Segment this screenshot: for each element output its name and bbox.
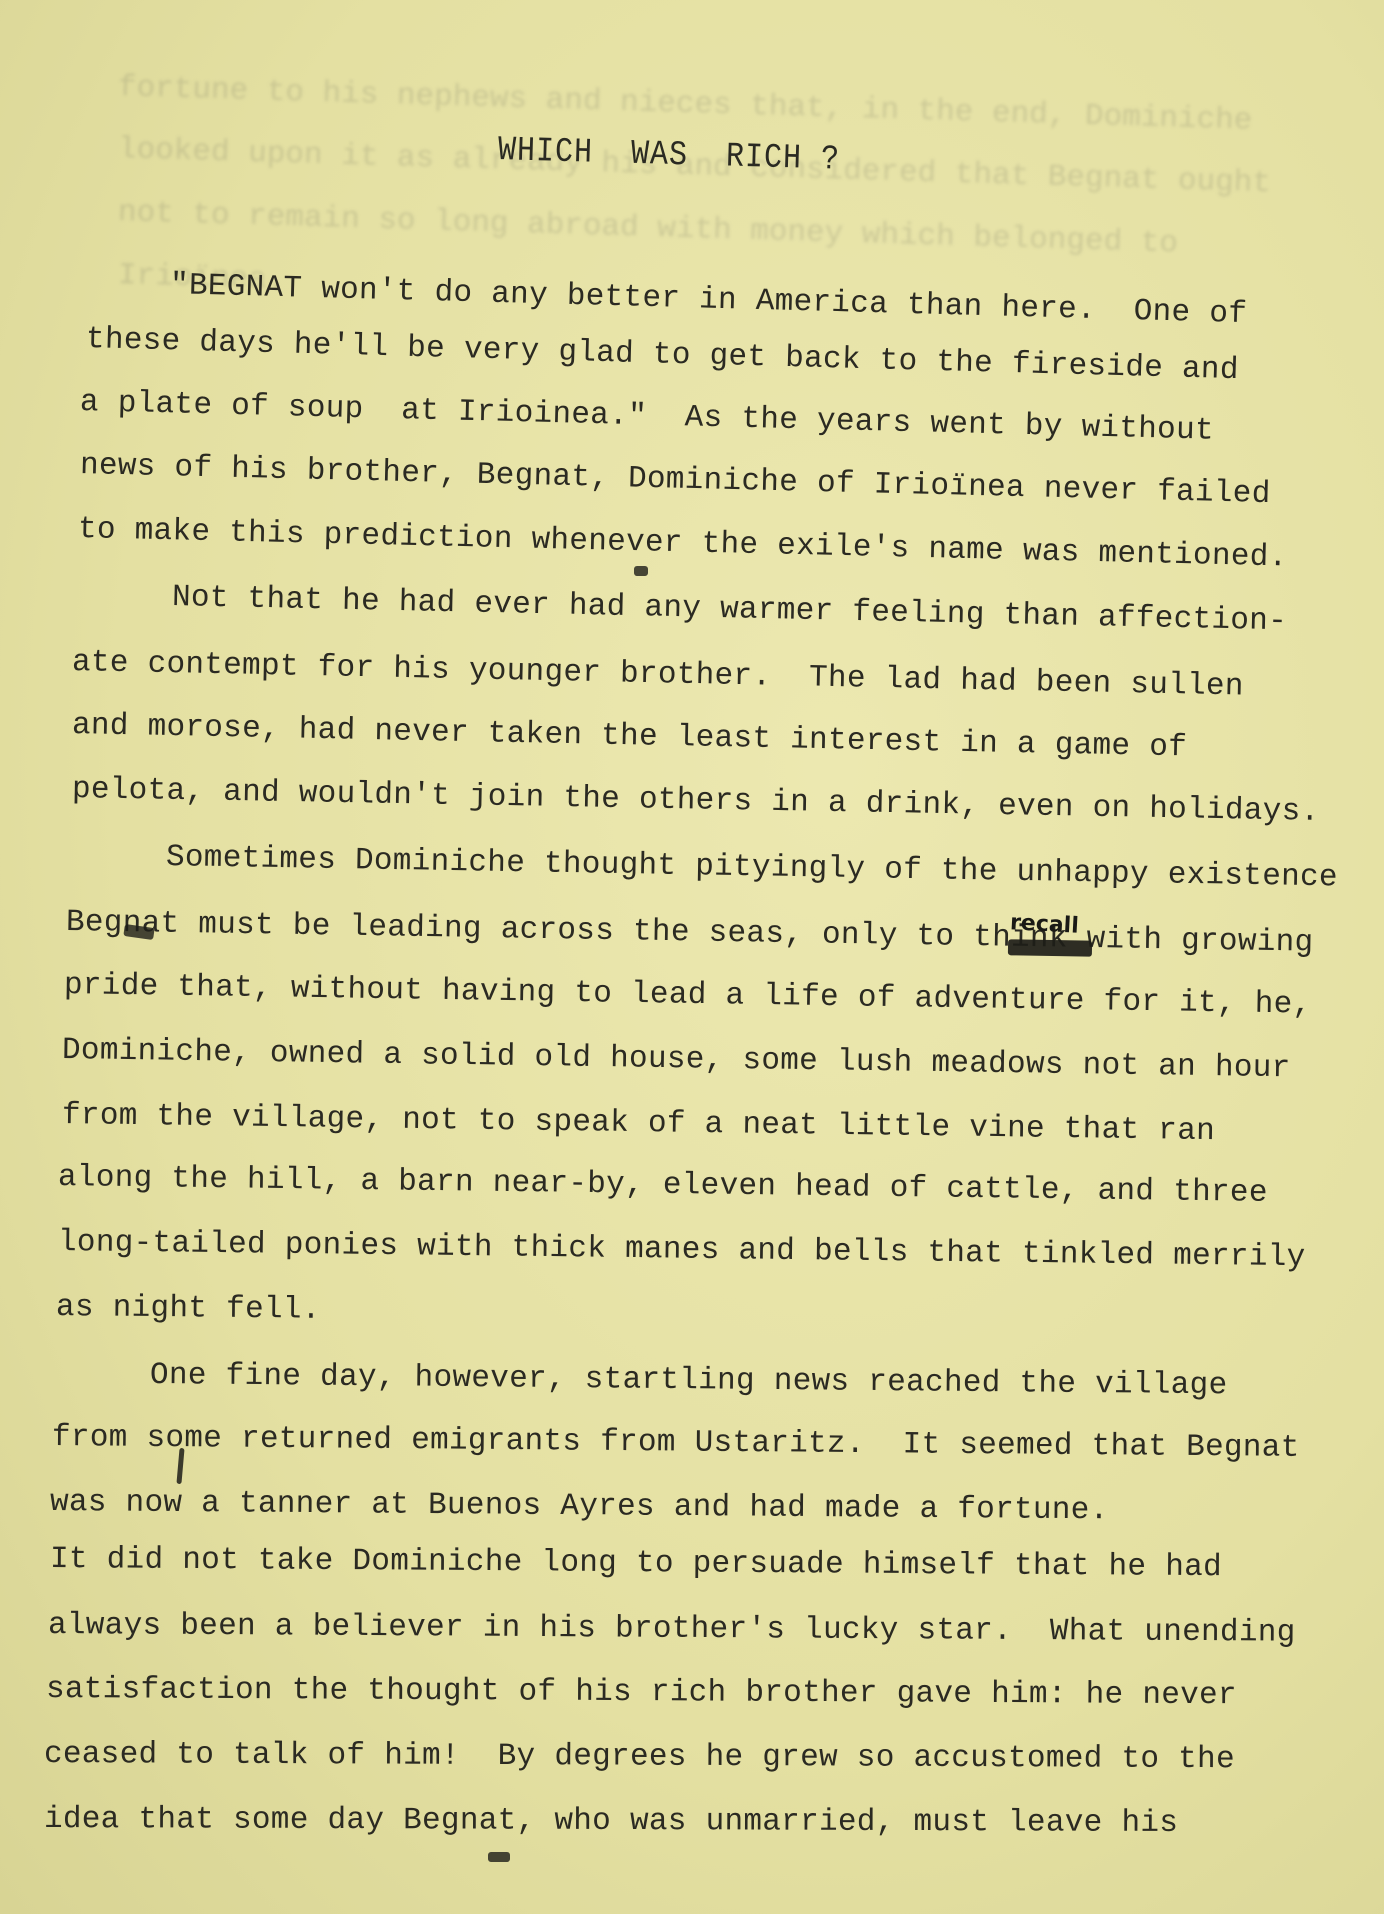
text-line: One fine day, however, startling news re…: [150, 1358, 1228, 1403]
text-line: news of his brother, Begnat, Dominiche o…: [80, 448, 1271, 512]
text-line: long-tailed ponies with thick manes and …: [58, 1225, 1306, 1275]
text-line: from some returned emigrants from Ustari…: [52, 1420, 1300, 1466]
text-line: was now a tanner at Buenos Ayres and had…: [50, 1485, 1109, 1528]
text-line: to make this prediction whenever the exi…: [78, 512, 1288, 575]
text-line: Not that he had ever had any warmer feel…: [172, 580, 1288, 639]
text-line: It did not take Dominiche long to persua…: [50, 1542, 1222, 1585]
text-line: Dominiche, owned a solid old house, some…: [62, 1033, 1291, 1086]
text-line: always been a believer in his brother's …: [48, 1608, 1296, 1651]
text-line: Sometimes Dominiche thought pityingly of…: [166, 840, 1338, 895]
text-line: "BEGNAT won't do any better in America t…: [170, 268, 1248, 332]
strikeout-mark: [1008, 939, 1092, 956]
handwritten-correction: recall: [1009, 910, 1079, 939]
text-line: pride that, without having to lead a lif…: [64, 968, 1312, 1023]
ink-correction-mark: [488, 1852, 510, 1862]
text-line: idea that some day Begnat, who was unmar…: [44, 1802, 1178, 1841]
text-line: from the village, not to speak of a neat…: [62, 1098, 1215, 1149]
text-line: these days he'll be very glad to get bac…: [86, 322, 1240, 388]
text-line: ceased to talk of him! By degrees he gre…: [44, 1737, 1235, 1777]
ink-correction-mark: [634, 566, 648, 576]
document-title: WHICH WAS RICH ?: [497, 131, 840, 180]
bleed-line: fortune to his nephews and nieces that, …: [117, 70, 1252, 139]
text-line: satisfaction the thought of his rich bro…: [46, 1672, 1237, 1713]
text-line: as night fell.: [56, 1290, 321, 1328]
bleed-line: not to remain so long abroad with money …: [117, 195, 1178, 261]
typewritten-page: fortune to his nephews and nieces that, …: [0, 0, 1384, 1914]
text-line: a plate of soup at Irioinea." As the yea…: [80, 385, 1215, 449]
text-line: ate contempt for his younger brother. Th…: [72, 645, 1244, 705]
text-line: along the hill, a barn near-by, eleven h…: [58, 1160, 1268, 1211]
text-line: pelota, and wouldn't join the others in …: [72, 772, 1320, 830]
text-line: Begnat must be leading across the seas, …: [66, 905, 1314, 961]
text-line: and morose, had never taken the least in…: [72, 708, 1188, 765]
